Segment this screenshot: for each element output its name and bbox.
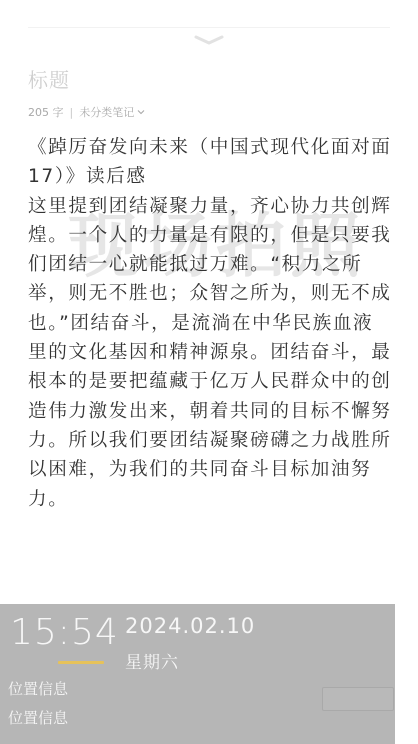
stamp-location-line-2: 位置信息 [8, 707, 68, 728]
body-line: 《踔厉奋发向未来（中国式现代化面对面 [28, 133, 392, 162]
body-line: 以困难，为我们的共同奋斗目标加油努 [28, 455, 392, 484]
body-line: 力。所以我们要团结凝聚磅礴之力战胜所 [28, 426, 392, 455]
stamp-time: 15:54 [10, 612, 119, 653]
body-line: 煌。一个人的力量是有限的，但是只要我 [28, 221, 392, 250]
body-line: 根本的是要把蕴藏于亿万人民群众中的创 [28, 367, 392, 396]
top-divider [28, 27, 390, 28]
meta-separator: | [70, 106, 74, 119]
stamp-accent-bar [58, 661, 104, 664]
note-editor-screen: 标题 205 字 | 未分类笔记 现场拍照 《踔厉奋发向未来（中国式现代化面对面… [0, 0, 418, 744]
stamp-date: 2024.02.10 [125, 614, 255, 638]
body-line: 造伟力激发出来，朝着共同的目标不懈努 [28, 397, 392, 426]
body-line: 力。 [28, 485, 392, 514]
word-count: 205 字 [28, 104, 64, 120]
note-body[interactable]: 《踔厉奋发向未来（中国式现代化面对面 17）》读后感 这里提到团结凝聚力量，齐心… [28, 133, 392, 514]
category-dropdown[interactable]: 未分类笔记 [79, 104, 145, 120]
body-line: 们团结一心就能抵过万难。“积力之所 [28, 250, 392, 279]
body-line: 这里提到团结凝聚力量，齐心协力共创辉 [28, 192, 392, 221]
stamp-location-line-1: 位置信息 [8, 678, 68, 699]
stamp-verification-box [322, 687, 394, 711]
stamp-weekday: 星期六 [125, 648, 179, 673]
collapse-chevron-icon[interactable] [193, 30, 225, 40]
category-label: 未分类笔记 [79, 104, 134, 120]
note-meta-row: 205 字 | 未分类笔记 [28, 104, 145, 120]
chevron-down-icon [137, 109, 145, 115]
body-line: 17）》读后感 [28, 162, 392, 191]
body-line: 里的文化基因和精神源泉。团结奋斗，最 [28, 338, 392, 367]
body-line: 举，则无不胜也；众智之所为，则无不成 [28, 279, 392, 308]
timestamp-watermark-panel: 15:54 2024.02.10 星期六 位置信息 位置信息 [0, 604, 395, 744]
title-input[interactable]: 标题 [28, 64, 70, 93]
body-line: 也。”团结奋斗，是流淌在中华民族血液 [28, 309, 392, 338]
